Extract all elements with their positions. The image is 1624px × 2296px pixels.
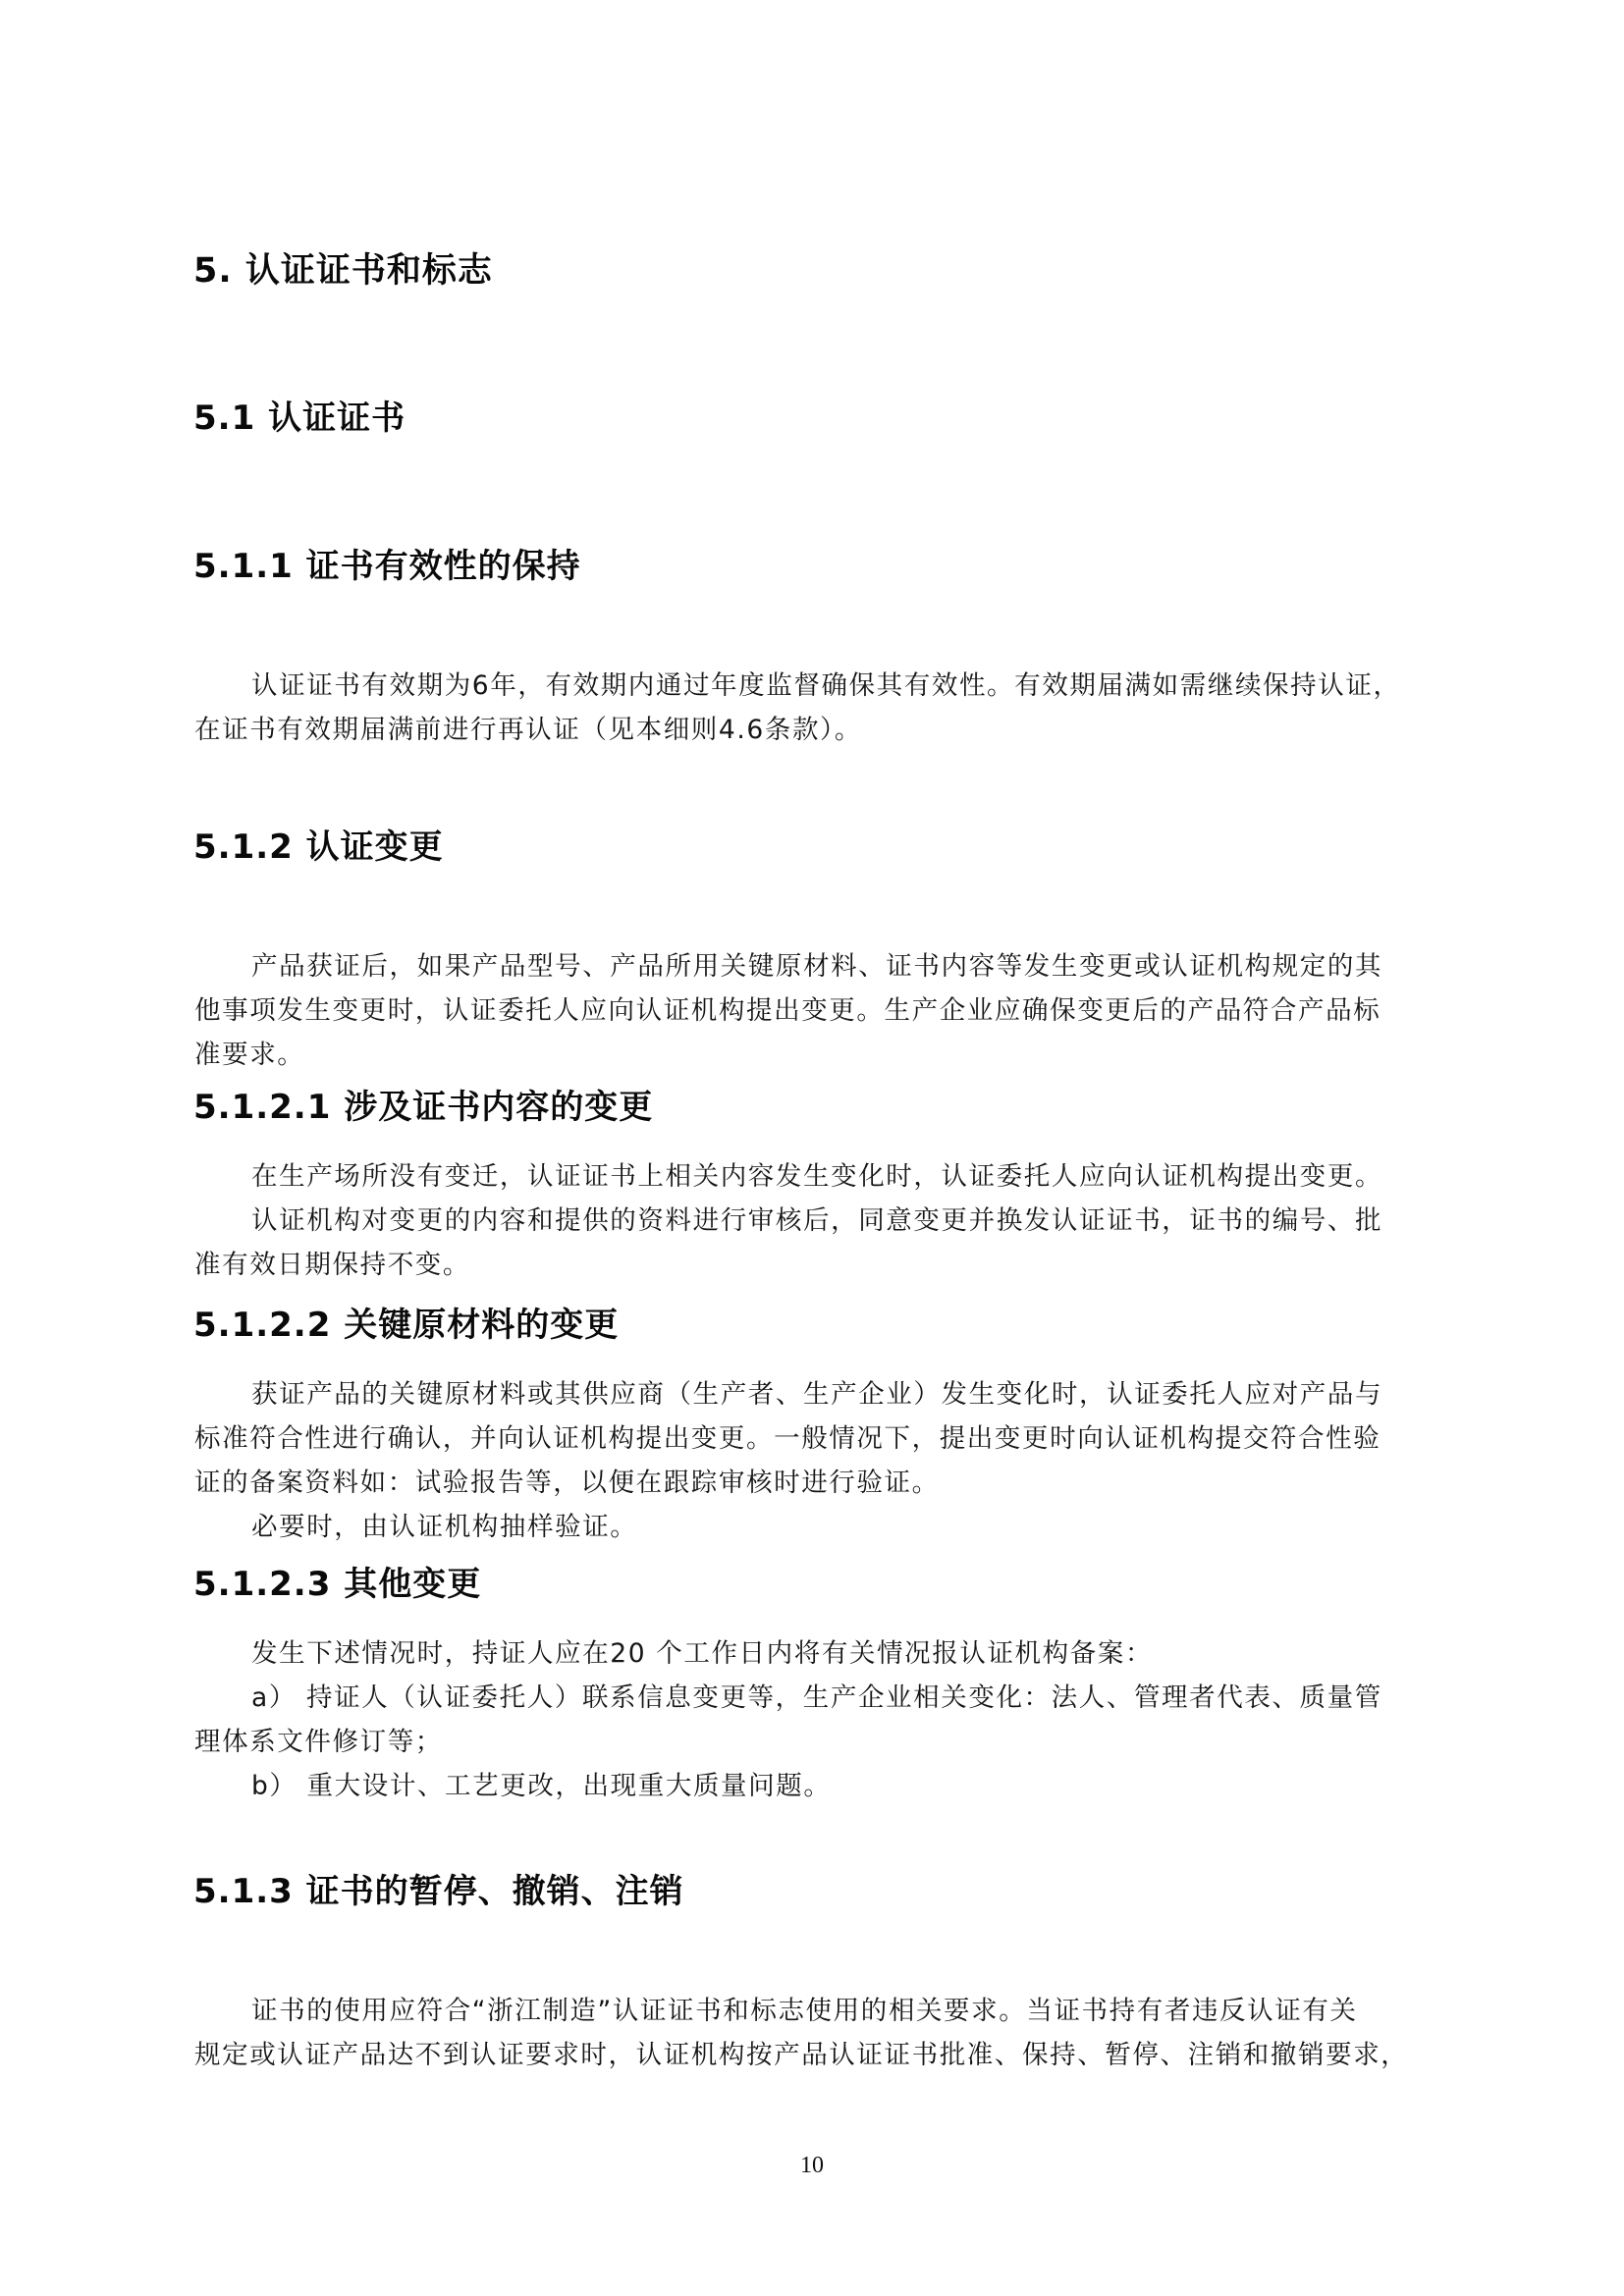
paragraph-line: 准要求。	[194, 1033, 1424, 1077]
heading-5-1-3: 5.1.3 证书的暂停、撤销、注销	[193, 1872, 684, 1911]
paragraph-other-change: 发生下述情况时，持证人应在20 个工作日内将有关情况报认证机构备案： a） 持证…	[194, 1631, 1424, 1808]
paragraph-key-material-change: 获证产品的关键原材料或其供应商（生产者、生产企业）发生变化时，认证委托人应对产品…	[194, 1372, 1424, 1549]
paragraph-line: 认证机构对变更的内容和提供的资料进行审核后，同意变更并换发认证证书，证书的编号、…	[194, 1199, 1424, 1243]
paragraph-certificate-validity: 认证证书有效期为6年，有效期内通过年度监督确保其有效性。有效期届满如需继续保持认…	[194, 664, 1424, 752]
paragraph-certification-change: 产品获证后，如果产品型号、产品所用关键原材料、证书内容等发生变更或认证机构规定的…	[194, 944, 1424, 1077]
heading-5: 5. 认证证书和标志	[193, 251, 493, 291]
page-number: 10	[0, 2153, 1624, 2179]
paragraph-line: 在证书有效期届满前进行再认证（见本细则4.6条款）。	[194, 708, 1424, 752]
paragraph-suspension-revocation: 证书的使用应符合“浙江制造”认证证书和标志使用的相关要求。当证书持有者违反认证有…	[194, 1989, 1424, 2077]
paragraph-certificate-content-change: 在生产场所没有变迁，认证证书上相关内容发生变化时，认证委托人应向认证机构提出变更…	[194, 1154, 1424, 1287]
paragraph-line: 产品获证后，如果产品型号、产品所用关键原材料、证书内容等发生变更或认证机构规定的…	[194, 944, 1424, 988]
list-item-a-continued: 理体系文件修订等；	[194, 1720, 1424, 1764]
paragraph-line: 规定或认证产品达不到认证要求时，认证机构按产品认证证书批准、保持、暂停、注销和撤…	[194, 2033, 1424, 2077]
list-item-a: a） 持证人（认证委托人）联系信息变更等，生产企业相关变化：法人、管理者代表、质…	[194, 1676, 1424, 1720]
heading-5-1-1: 5.1.1 证书有效性的保持	[193, 547, 581, 586]
paragraph-line: 认证证书有效期为6年，有效期内通过年度监督确保其有效性。有效期届满如需继续保持认…	[194, 664, 1424, 708]
paragraph-line: 证的备案资料如：试验报告等，以便在跟踪审核时进行验证。	[194, 1461, 1424, 1505]
paragraph-line: 准有效日期保持不变。	[194, 1243, 1424, 1287]
heading-5-1-2-1: 5.1.2.1 涉及证书内容的变更	[193, 1088, 653, 1127]
paragraph-line: 必要时，由认证机构抽样验证。	[194, 1505, 1424, 1549]
paragraph-line: 他事项发生变更时，认证委托人应向认证机构提出变更。生产企业应确保变更后的产品符合…	[194, 988, 1424, 1033]
paragraph-line: 在生产场所没有变迁，认证证书上相关内容发生变化时，认证委托人应向认证机构提出变更…	[194, 1154, 1424, 1199]
paragraph-line: 发生下述情况时，持证人应在20 个工作日内将有关情况报认证机构备案：	[194, 1631, 1424, 1676]
heading-5-1: 5.1 认证证书	[193, 399, 406, 438]
heading-5-1-2: 5.1.2 认证变更	[193, 828, 444, 867]
list-item-b: b） 重大设计、工艺更改，出现重大质量问题。	[194, 1764, 1424, 1808]
document-page: 5. 认证证书和标志 5.1 认证证书 5.1.1 证书有效性的保持 认证证书有…	[0, 0, 1624, 2296]
heading-5-1-2-2: 5.1.2.2 关键原材料的变更	[193, 1306, 619, 1345]
paragraph-line: 证书的使用应符合“浙江制造”认证证书和标志使用的相关要求。当证书持有者违反认证有…	[194, 1989, 1424, 2033]
paragraph-line: 标准符合性进行确认，并向认证机构提出变更。一般情况下，提出变更时向认证机构提交符…	[194, 1416, 1424, 1461]
heading-5-1-2-3: 5.1.2.3 其他变更	[193, 1565, 481, 1604]
paragraph-line: 获证产品的关键原材料或其供应商（生产者、生产企业）发生变化时，认证委托人应对产品…	[194, 1372, 1424, 1416]
